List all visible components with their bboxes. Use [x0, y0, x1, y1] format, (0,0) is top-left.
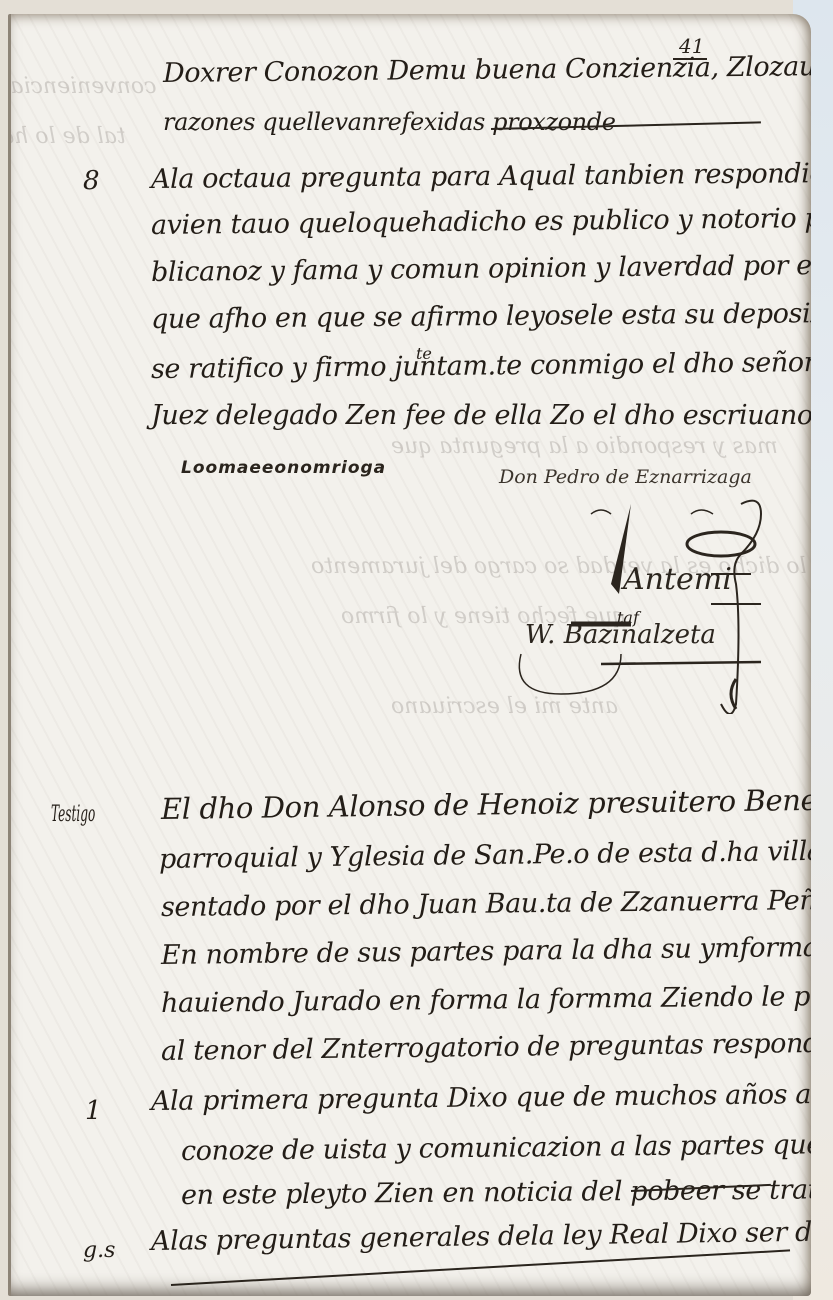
text-line: Doxrer Conozon Demu buena Conzienzia, Zl… — [163, 50, 811, 89]
text-line: hauiendo Jurado en forma la formma Ziend… — [161, 980, 811, 1019]
margin-item-number: g.s — [83, 1238, 115, 1263]
margin-label: Testigo — [51, 802, 95, 827]
manuscript-page: conveniencia y tal de lo ha mas y respon… — [8, 14, 811, 1296]
text-line: al tenor del Znterrogatorio de preguntas… — [161, 1026, 811, 1067]
margin-label-testigo: Testigo — [51, 802, 131, 827]
text-line: Ala octaua pregunta para Aqual tanbien r… — [151, 157, 811, 195]
text-line: blicanoz y fama y comun opinion y laverd… — [151, 249, 811, 288]
bleed-through-text: conveniencia y — [8, 74, 156, 99]
text-line: parroquial y Yglesia de San.Pe.o de esta… — [159, 834, 811, 875]
text-line: que afho en que se afirmo leyosele esta … — [151, 297, 811, 335]
text-line: avien tauo queloquehadicho es publico y … — [151, 203, 811, 241]
text-line: razones quellevanrefexidas proxzonde — [163, 108, 616, 136]
text-line: en este pleyto Zien en noticia del pobee… — [181, 1173, 811, 1211]
text-line: Juez delegado Zen fee de ella Zo el dho … — [151, 400, 811, 431]
text-line: En nombre de sus partes para la dha su y… — [161, 931, 811, 971]
text-line: se ratifico y firmo juntam.te conmigo el… — [151, 347, 811, 385]
margin-item-number: 1 — [85, 1096, 102, 1126]
text-line: conoze de uista y comunicazion a las par… — [181, 1128, 811, 1167]
later-annotation: Loomaeeonomrioga — [181, 458, 386, 478]
notary-signature: Antemi — [623, 562, 732, 597]
signature-loop-icon — [511, 614, 791, 714]
text-line: Ala primera pregunta Dixo que de muchos … — [151, 1078, 811, 1117]
text-line: sentado por el dho Juan Bau.ta de Zzanue… — [161, 884, 811, 923]
bleed-through-text: tal de lo ha — [8, 124, 126, 149]
text-line: El dho Don Alonso de Henoiz presuitero B… — [161, 781, 811, 826]
bleed-through-text: mas y respondio a la pregunta que — [391, 434, 778, 459]
margin-item-number: 8 — [83, 166, 100, 196]
text-line: Alas preguntas generales dela ley Real D… — [151, 1215, 811, 1257]
